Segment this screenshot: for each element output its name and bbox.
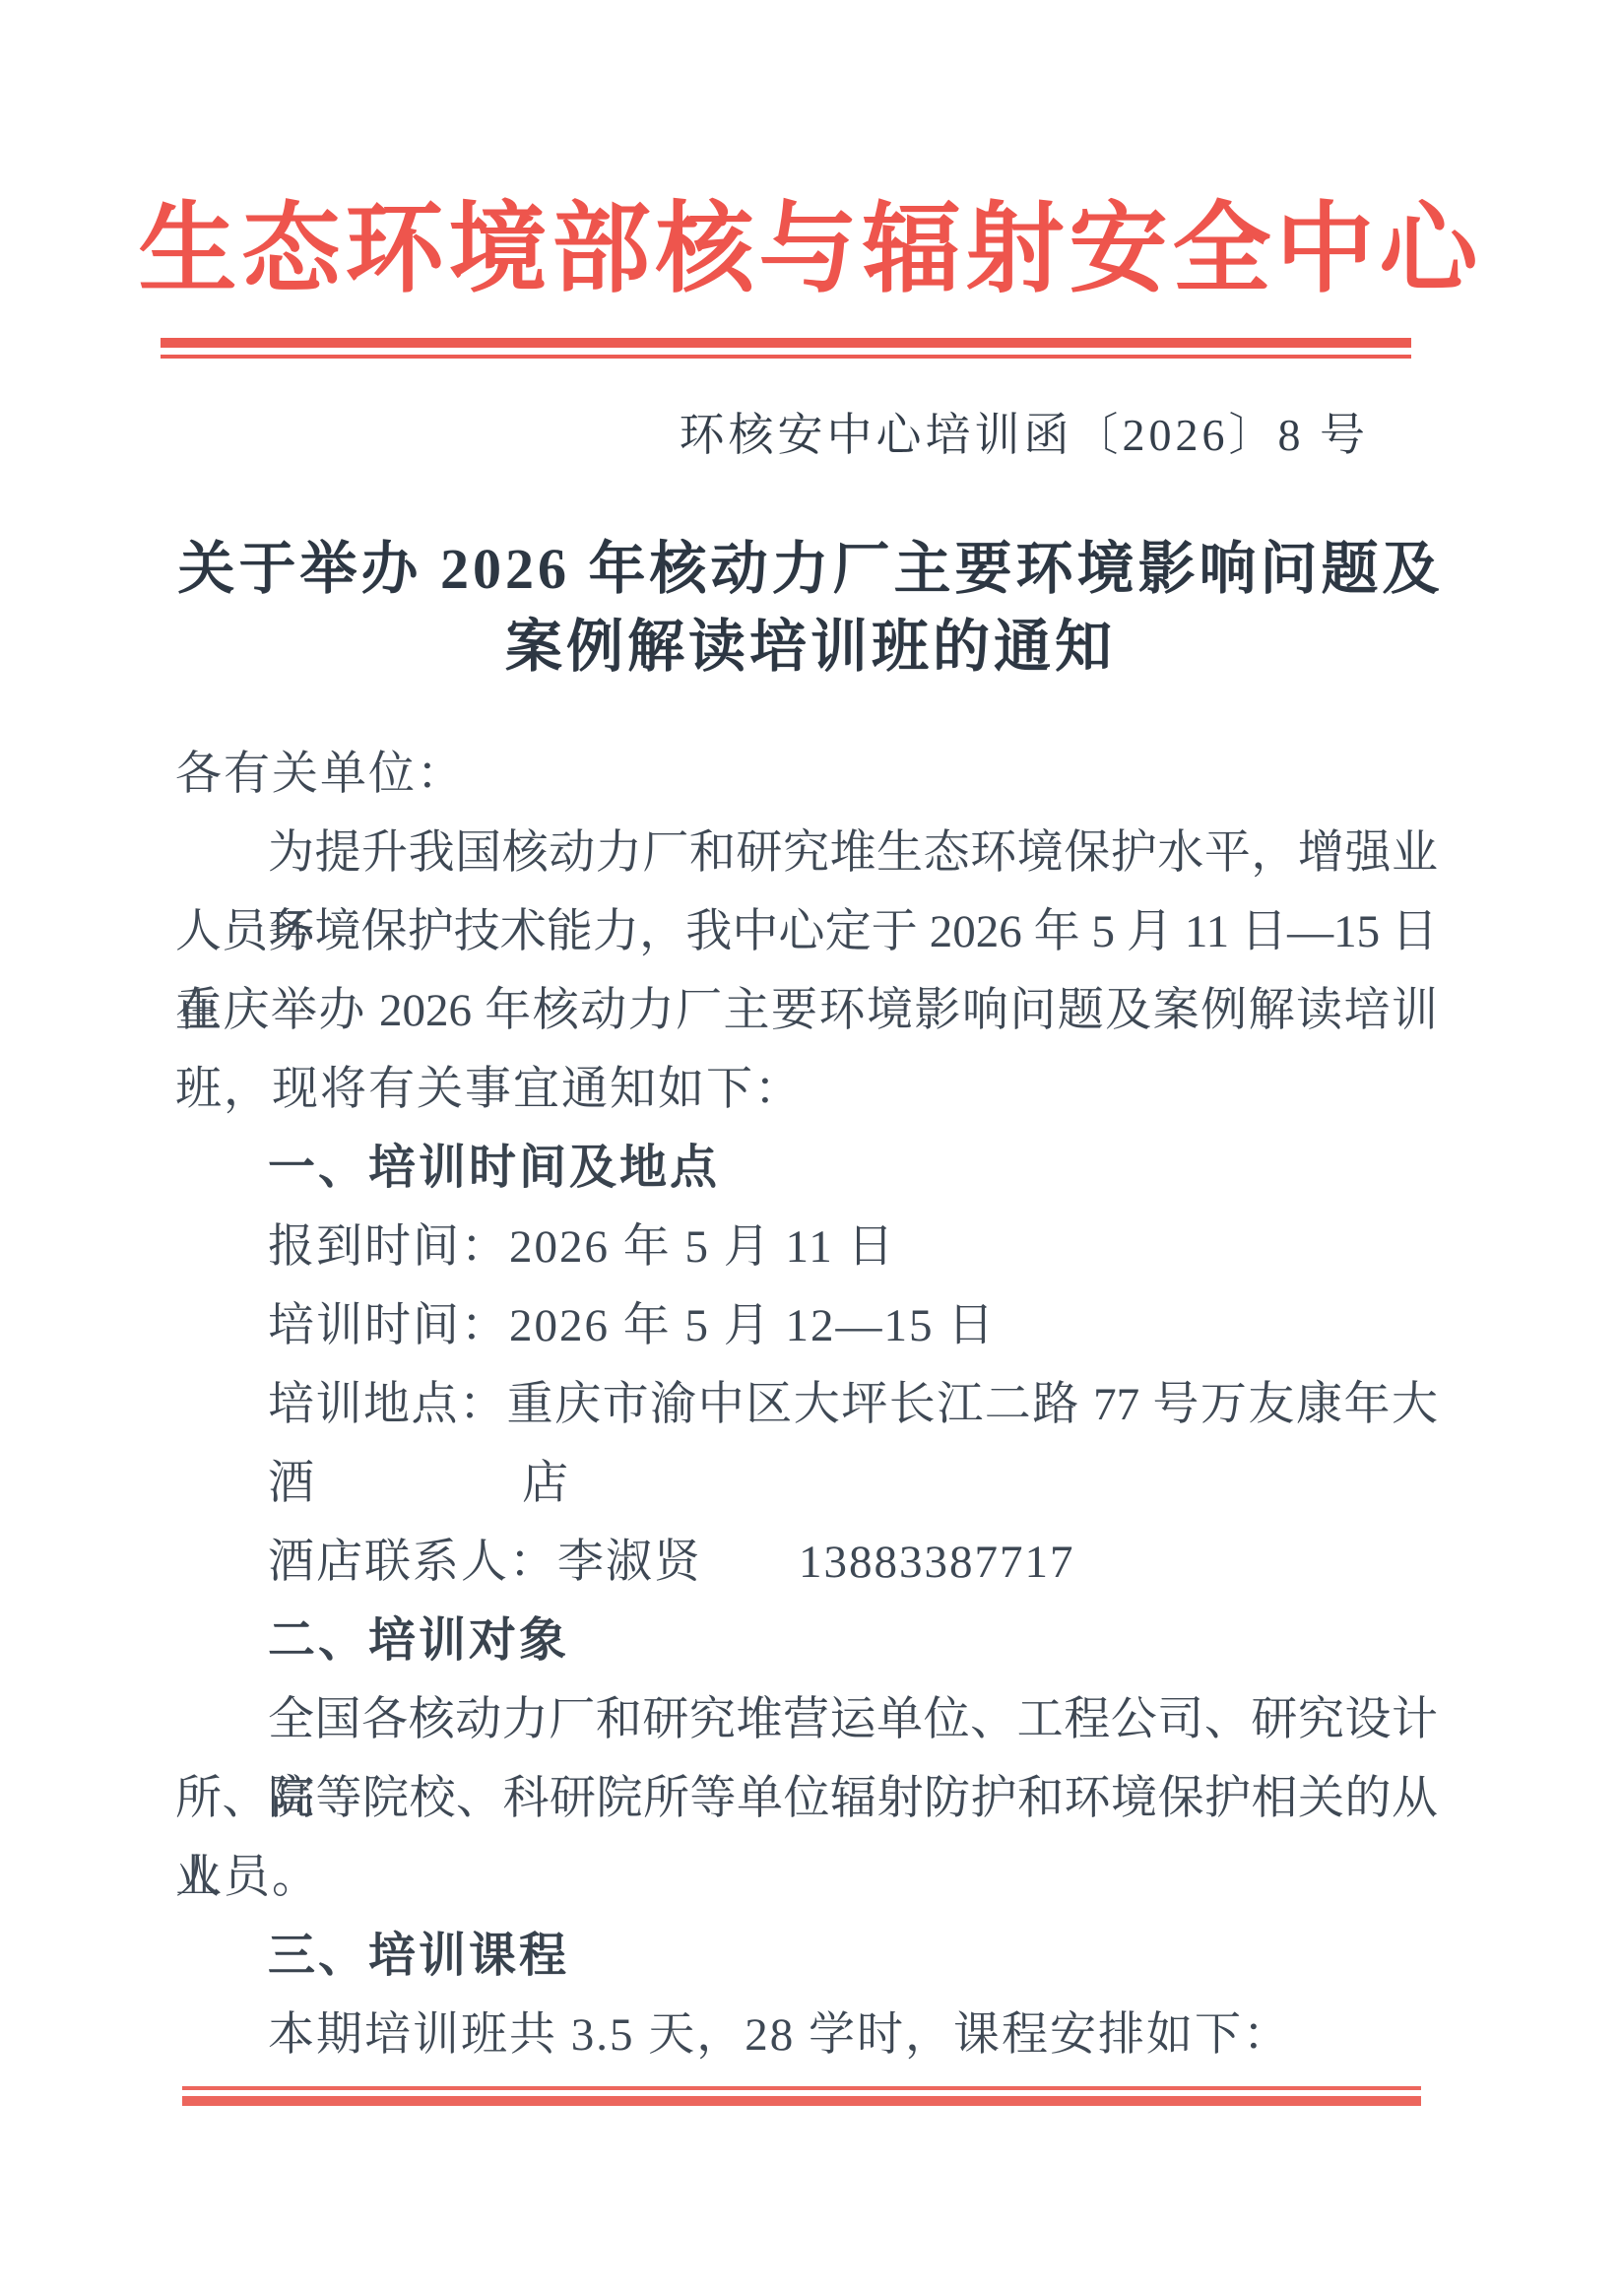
masthead-divider-thin-rule xyxy=(161,355,1411,359)
footer-divider-thick-rule xyxy=(182,2096,1421,2106)
intro-paragraph-line: 重庆举办 2026 年核动力厂主要环境影响问题及案例解读培训 xyxy=(175,971,1438,1050)
audience-paragraph-line: 全国各核动力厂和研究堆营运单位、工程公司、研究设计院 xyxy=(175,1680,1438,1759)
notice-body: 各有关单位： 为提升我国核动力厂和研究堆生态环境保护水平，增强业务 人员环境保护… xyxy=(175,735,1438,2074)
footer-divider xyxy=(182,2086,1421,2106)
intro-paragraph-line: 为提升我国核动力厂和研究堆生态环境保护水平，增强业务 xyxy=(175,814,1438,892)
document-reference-number: 环核安中心培训函〔2026〕8 号 xyxy=(0,406,1369,465)
intro-paragraph-line: 人员环境保护技术能力，我中心定于 2026 年 5 月 11 日—15 日在 xyxy=(175,892,1438,971)
footer-divider-thin-rule xyxy=(182,2086,1421,2090)
masthead-divider-thick-rule xyxy=(161,338,1411,348)
training-date-line: 培训时间：2026 年 5 月 12—15 日 xyxy=(175,1286,1438,1365)
section-3-heading: 三、培训课程 xyxy=(175,1917,1438,1996)
section-1-heading: 一、培训时间及地点 xyxy=(175,1129,1438,1208)
masthead-divider xyxy=(161,338,1411,359)
training-venue-line: 培训地点：重庆市渝中区大坪长江二路 77 号万友康年大酒 xyxy=(175,1365,1438,1444)
hotel-contact-line: 酒店联系人：李淑贤 13883387717 xyxy=(175,1523,1438,1602)
section-2-heading: 二、培训对象 xyxy=(175,1602,1438,1680)
training-venue-wrap-line: 店 xyxy=(175,1444,1438,1523)
notice-title-line-1: 关于举办 2026 年核动力厂主要环境影响问题及 xyxy=(0,530,1621,608)
registration-date-line: 报到时间：2026 年 5 月 11 日 xyxy=(175,1208,1438,1286)
salutation-line: 各有关单位： xyxy=(175,735,1438,814)
notice-title-line-2: 案例解读培训班的通知 xyxy=(0,608,1621,686)
audience-paragraph-line: 所、高等院校、科研院所等单位辐射防护和环境保护相关的从业 xyxy=(175,1759,1438,1838)
issuing-org-masthead: 生态环境部核与辐射安全中心 xyxy=(0,183,1621,316)
course-summary-line: 本期培训班共 3.5 天，28 学时，课程安排如下： xyxy=(175,1996,1438,2074)
audience-paragraph-line: 人员。 xyxy=(175,1838,1438,1917)
notice-title: 关于举办 2026 年核动力厂主要环境影响问题及 案例解读培训班的通知 xyxy=(0,530,1621,686)
intro-paragraph-line: 班，现将有关事宜通知如下： xyxy=(175,1050,1438,1129)
scanned-notice-page: 生态环境部核与辐射安全中心 环核安中心培训函〔2026〕8 号 关于举办 202… xyxy=(0,0,1621,2296)
